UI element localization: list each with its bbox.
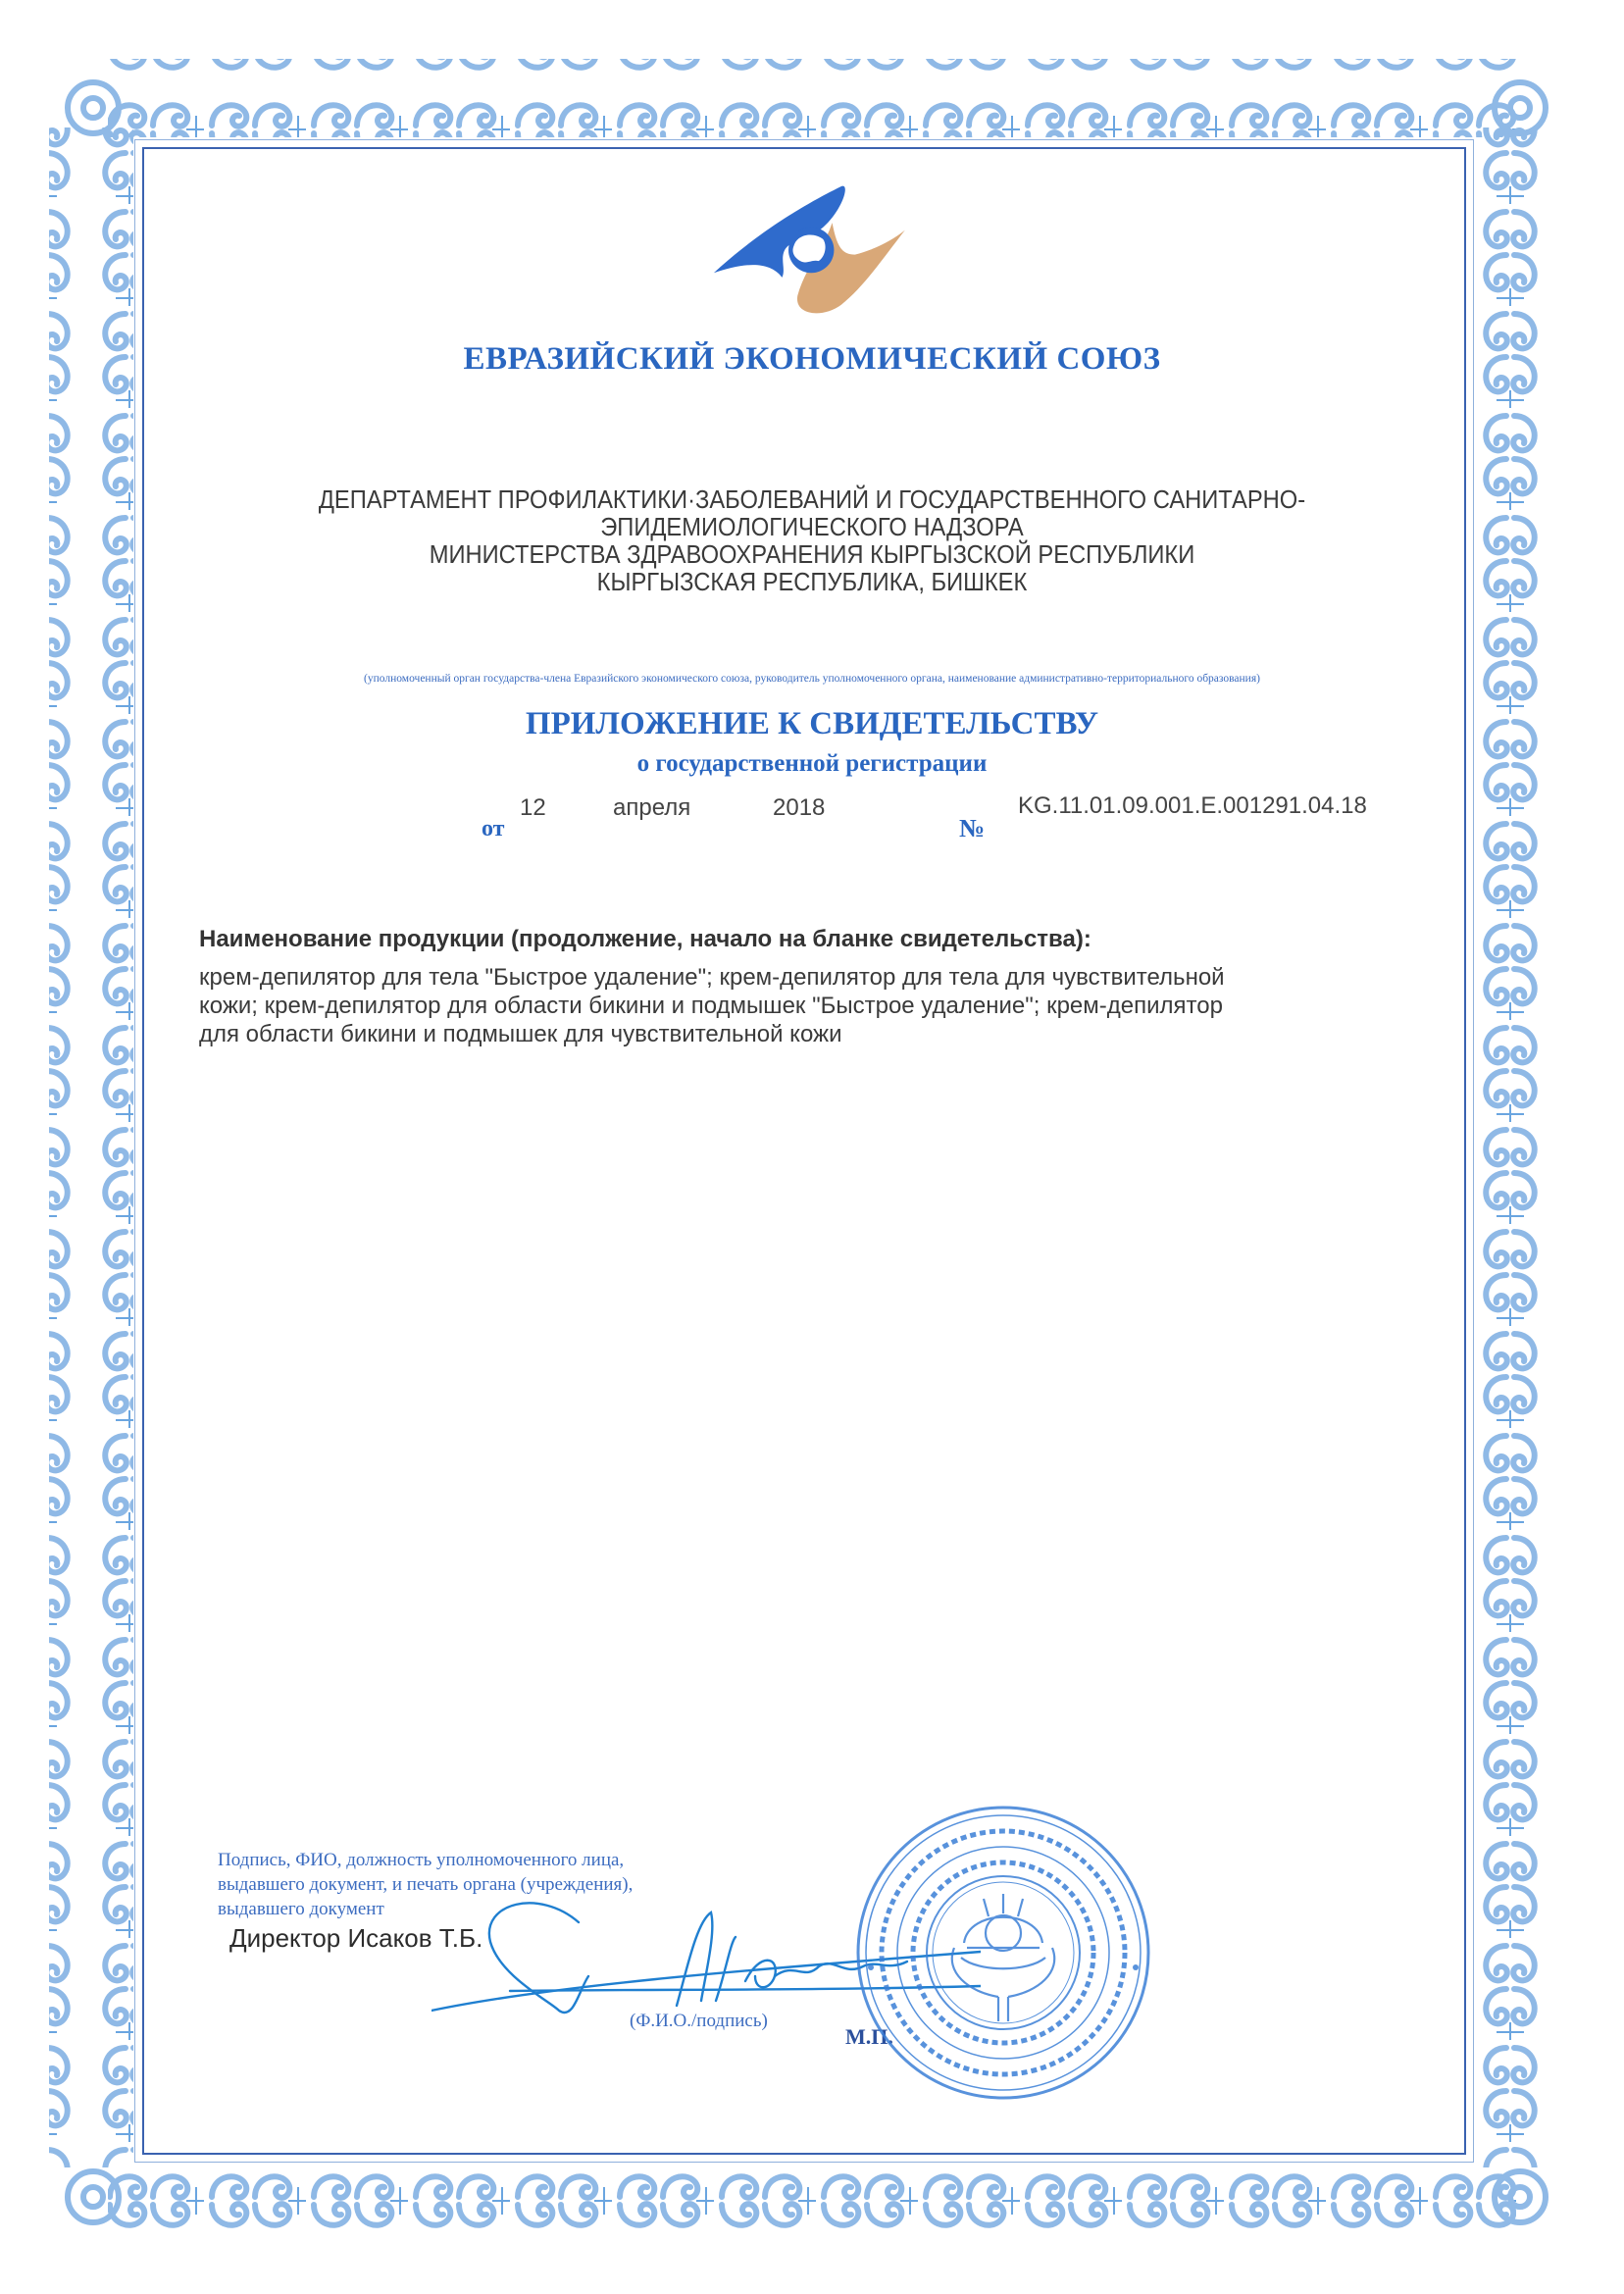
annex-title: ПРИЛОЖЕНИЕ К СВИДЕТЕЛЬСТВУ	[0, 706, 1624, 742]
date-year: 2018	[773, 794, 825, 822]
fio-signature-caption: (Ф.И.О./подпись)	[630, 2011, 768, 2032]
product-description: крем-депилятор для тела "Быстрое удалени…	[199, 963, 1415, 1048]
department-line: МИНИСТЕРСТВА ЗДРАВООХРАНЕНИЯ КЫРГЫЗСКОЙ …	[57, 541, 1567, 569]
official-stamp-icon	[851, 1801, 1155, 2105]
date-day: 12	[520, 794, 546, 822]
signature-note-line: Подпись, ФИО, должность уполномоченного …	[218, 1848, 728, 1872]
number-sign: №	[959, 814, 985, 843]
annex-subtitle: о государственной регистрации	[0, 750, 1624, 778]
date-and-number-line: от 12 апреля 2018 № KG.11.01.09.001.Е.00…	[0, 792, 1624, 851]
product-line: кожи; крем-депилятор для области бикини …	[199, 992, 1415, 1020]
product-line: для области бикини и подмышек для чувств…	[199, 1020, 1415, 1048]
date-prefix: от	[482, 816, 504, 842]
product-line: крем-депилятор для тела "Быстрое удалени…	[199, 963, 1415, 992]
registration-number: KG.11.01.09.001.Е.001291.04.18	[1018, 792, 1367, 820]
department-line: ДЕПАРТАМЕНТ ПРОФИЛАКТИКИ·ЗАБОЛЕВАНИЙ И Г…	[57, 486, 1567, 514]
department-line: ЭПИДЕМИОЛОГИЧЕСКОГО НАДЗОРА	[57, 514, 1567, 541]
department-heading: ДЕПАРТАМЕНТ ПРОФИЛАКТИКИ·ЗАБОЛЕВАНИЙ И Г…	[57, 486, 1567, 596]
date-month: апреля	[613, 794, 690, 822]
eaeu-logo-icon	[686, 157, 941, 343]
product-label: Наименование продукции (продолжение, нач…	[199, 926, 1415, 953]
product-section: Наименование продукции (продолжение, нач…	[199, 926, 1415, 1048]
authority-note: (уполномоченный орган государства-члена …	[0, 673, 1624, 685]
department-line: КЫРГЫЗСКАЯ РЕСПУБЛИКА, БИШКЕК	[57, 569, 1567, 596]
union-title: ЕВРАЗИЙСКИЙ ЭКОНОМИЧЕСКИЙ СОЮЗ	[0, 341, 1624, 378]
